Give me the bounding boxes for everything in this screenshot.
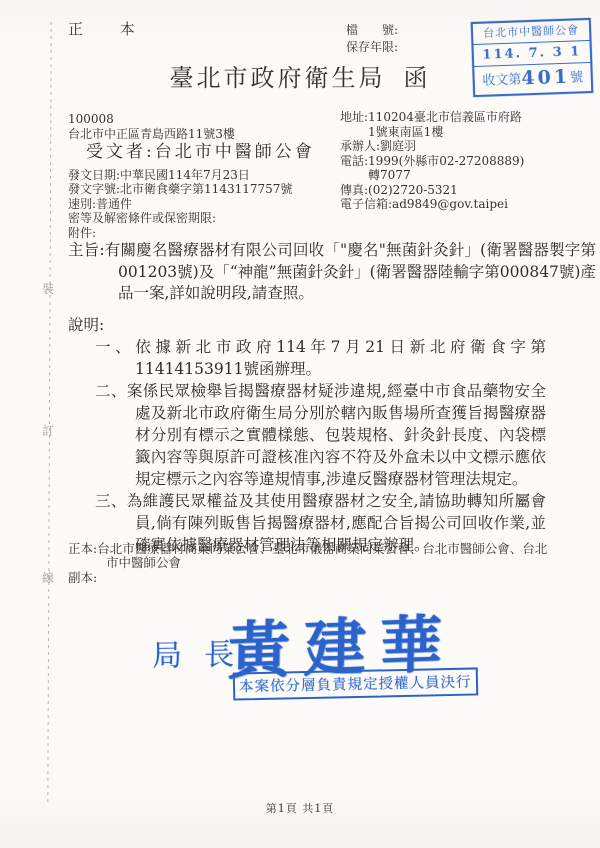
issuing-agency-name: 臺北市政府衛生局 <box>170 64 386 92</box>
description-item-3-number: 三、 <box>95 492 127 510</box>
recipient-zip: 100008 <box>68 112 338 127</box>
distribution-block: 正本:台北市醫療器材商業同業公會、臺北市儀器商業同業公會、台北市醫師公會、台北市… <box>68 542 554 586</box>
binding-mark-xian: 線 <box>42 572 56 584</box>
contact-person-row: 承辦人:劉庭羽 <box>340 139 565 154</box>
description-item-1: 一、依據新北市政府114年7月21日新北府衛食字第11414153911號函辦理… <box>95 336 546 380</box>
file-number-block: 檔 號: 保存年限: <box>346 22 398 56</box>
recipient-name-line: 受文者:台北市中醫師公會 <box>86 145 338 160</box>
authorization-stamp: 本案依分層負責規定授權人員決行 <box>233 667 478 700</box>
description-label: 說明: <box>68 314 546 336</box>
recipient-block: 100008 台北市中正區青島西路11號3樓 受文者:台北市中醫師公會 發文日期… <box>68 112 338 240</box>
contact-person-value: 劉庭羽 <box>380 139 416 154</box>
attachment-row: 附件: <box>68 226 338 241</box>
description-item-2-text: 案係民眾檢舉旨揭醫療器材疑涉違規,經臺中市食品藥物安全處及新北市政府衛生局分別於… <box>127 382 546 488</box>
original-copy-row: 正本:台北市醫療器材商業同業公會、臺北市儀器商業同業公會、台北市醫師公會、台北市… <box>68 542 554 570</box>
description-item-2-number: 二、 <box>95 382 127 400</box>
contact-email-label: 電子信箱: <box>340 197 392 212</box>
issue-number-row: 發文字號:北市衛食藥字第1143117757號 <box>68 182 338 197</box>
contact-fax-label: 傳真: <box>340 183 368 198</box>
contact-email-row: 電子信箱:ad9849@gov.taipei <box>340 197 565 212</box>
original-copy-label: 正本: <box>68 541 97 556</box>
signature-area: 局長 黃建華 本案依分層負責規定授權人員決行 <box>0 600 600 730</box>
confidentiality-row: 密等及解密條件或保密期限: <box>68 211 338 226</box>
official-letter-page: 裝 訂 線 正 本 檔 號: 保存年限: 台北市中醫師公會 114. 7. 3 … <box>0 0 600 848</box>
binding-mark-zhuang: 裝 <box>42 283 56 295</box>
description-item-1-text: 依據新北市政府114年7月21日新北府衛食字第11414153911號函辦理。 <box>135 338 546 378</box>
page-number-footer: 第1頁 共1頁 <box>0 800 600 816</box>
description-item-1-number: 一、 <box>95 338 135 356</box>
contact-fax-row: 傳真:(02)2720-5321 <box>340 183 565 198</box>
document-title: 臺北市政府衛生局函 <box>0 58 600 93</box>
issue-date-row: 發文日期:中華民國114年7月23日 <box>68 168 338 183</box>
contact-address-label: 地址: <box>340 110 368 139</box>
file-number-label: 檔 號: <box>346 22 398 39</box>
contact-phone-row: 電話:1999(外縣市02-27208889) 轉7077 <box>340 154 565 183</box>
recipient-address: 台北市中正區青島西路11號3樓 <box>68 127 338 142</box>
description-item-2: 二、案係民眾檢舉旨揭醫療器材疑涉違規,經臺中市食品藥物安全處及新北市政府衛生局分… <box>95 380 546 490</box>
document-type: 函 <box>404 64 431 92</box>
contact-person-label: 承辦人: <box>340 139 380 154</box>
subject-paragraph: 主旨:有關慶名醫療器材有限公司回收「"慶名"無菌針灸針」(衛署醫器製字第0012… <box>68 240 596 305</box>
description-section: 說明: 一、依據新北市政府114年7月21日新北府衛食字第11414153911… <box>68 314 546 556</box>
contact-fax-value: (02)2720-5321 <box>368 183 458 198</box>
contact-address-row: 地址:110204臺北市信義區市府路 1號東南區1樓 <box>340 110 565 139</box>
speed-class-row: 速別:普通件 <box>68 197 338 212</box>
contact-address-value: 110204臺北市信義區市府路 1號東南區1樓 <box>368 110 522 139</box>
copy-type-label: 正 本 <box>68 18 151 39</box>
binding-mark-ding: 訂 <box>42 425 56 437</box>
agency-contact-block: 地址:110204臺北市信義區市府路 1號東南區1樓 承辦人:劉庭羽 電話:19… <box>340 110 565 212</box>
original-copy-recipients: 台北市醫療器材商業同業公會、臺北市儀器商業同業公會、台北市醫師公會、台北市中醫師… <box>97 541 547 570</box>
subject-label: 主旨: <box>68 241 105 259</box>
subject-text: 有關慶名醫療器材有限公司回收「"慶名"無菌針灸針」(衛署醫器製字第001203號… <box>105 241 596 302</box>
carbon-copy-row: 副本: <box>68 571 554 585</box>
contact-phone-value: 1999(外縣市02-27208889) 轉7077 <box>368 154 524 183</box>
carbon-copy-label: 副本: <box>68 570 97 585</box>
retention-period-label: 保存年限: <box>346 39 398 56</box>
contact-phone-label: 電話: <box>340 154 368 183</box>
contact-email-value: ad9849@gov.taipei <box>392 197 508 212</box>
